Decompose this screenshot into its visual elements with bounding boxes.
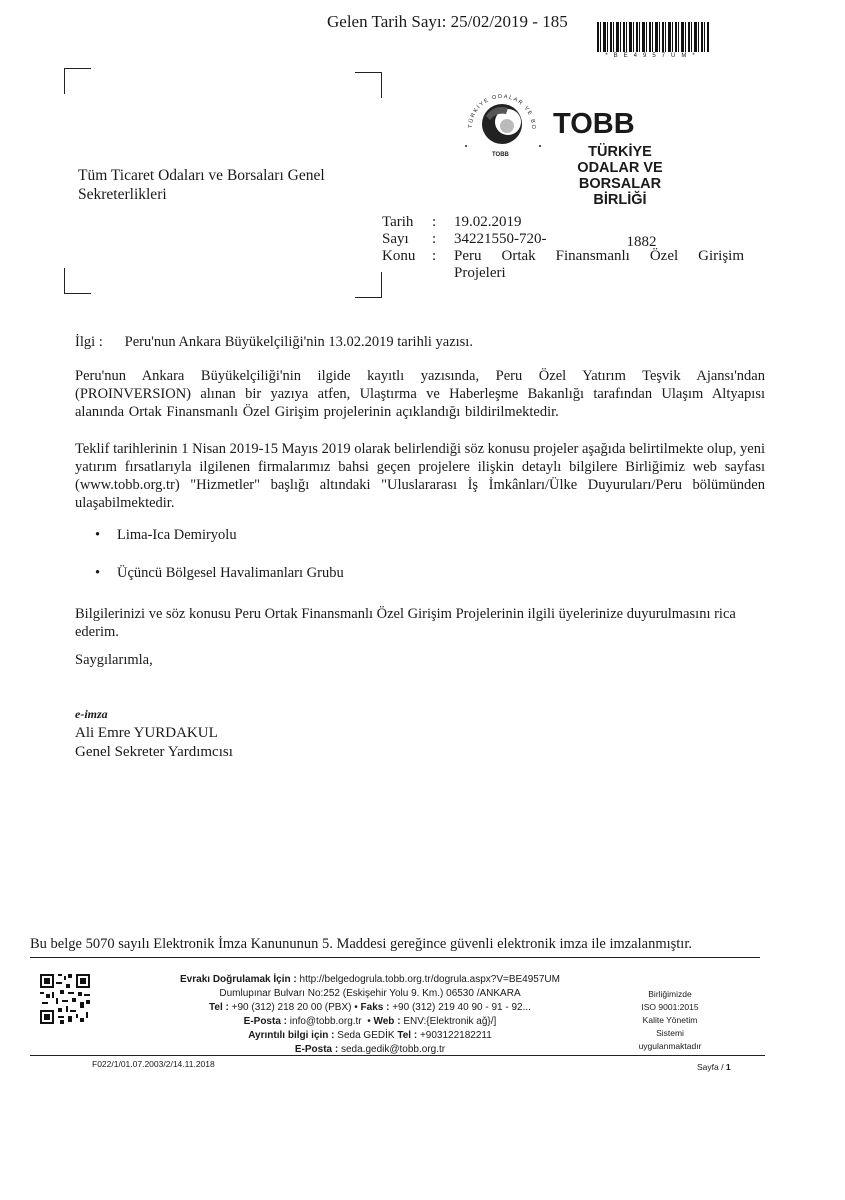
iso-line: ISO 9001:2015 [600,1001,740,1014]
meta-row-date: Tarih : 19.02.2019 [382,214,744,231]
project-name: Lima-Ica Demiryolu [117,527,237,543]
tobb-sub-line-3: BİRLİĞİ [500,192,700,208]
separator: : [432,231,454,248]
separator: : [432,214,454,231]
bullet-icon: • [95,565,117,582]
iso-line: uygulanmaktadır [600,1040,740,1053]
page-number-value: 1 [726,1062,731,1072]
divider [30,957,760,958]
barcode-bars [597,22,709,52]
meta-row-subject: Konu : Peru Ortak Finansmanlı Özel Giriş… [382,248,744,282]
contact-email[interactable]: seda.gedik@tobb.org.tr [341,1044,445,1055]
received-date-stamp: Gelen Tarih Sayı: 25/02/2019 - 185 [327,12,568,32]
email-web-line: E-Posta : info@tobb.org.tr • Web : ENV:{… [150,1015,590,1029]
address-window-corner-bottom-right [355,272,382,298]
date-value: 19.02.2019 [454,214,744,231]
recipient-line-1: Tüm Ticaret Odaları ve Borsaları Genel [78,166,378,185]
phone-line: Tel : +90 (312) 218 20 00 (PBX) • Faks :… [150,1001,590,1015]
contact-tel: +903122182211 [420,1030,492,1041]
address-window-corner-bottom-left [64,268,91,294]
number-suffix: 1882 [627,234,657,250]
list-item: •Üçüncü Bölgesel Havalimanları Grubu [95,565,344,583]
page-label: Sayfa / [697,1062,723,1072]
subject-value: Peru Ortak Finansmanlı Özel Girişim Proj… [454,248,744,282]
email-value[interactable]: info@tobb.org.tr [290,1016,362,1027]
meta-row-number: Sayı : 34221550-720-1882 [382,231,744,248]
project-name: Üçüncü Bölgesel Havalimanları Grubu [117,565,344,581]
web-value: ENV:{Elektronik ağ}/] [403,1016,496,1027]
signer-name: Ali Emre YURDAKUL [75,724,233,743]
iso-notice: Birliğimizde ISO 9001:2015 Kalite Yöneti… [600,988,740,1053]
verify-url[interactable]: http://belgedogrula.tobb.org.tr/dogrula.… [300,974,560,985]
body-paragraph-3: Bilgilerinizi ve söz konusu Peru Ortak F… [75,605,765,641]
page-number: Sayfa / 1 [697,1062,731,1072]
barcode-code: *BE4957UM* [597,53,709,59]
separator: : [432,248,454,282]
document-meta: Tarih : 19.02.2019 Sayı : 34221550-720-1… [382,214,744,282]
address-window-corner-top-right [355,72,382,98]
number-label: Sayı [382,231,432,248]
qr-code-icon [40,974,90,1024]
subject-label: Konu [382,248,432,282]
recipient-address: Tüm Ticaret Odaları ve Borsaları Genel S… [78,166,378,204]
document-barcode: *BE4957UM* [597,22,709,64]
address-window-corner-top-left [64,68,91,94]
tel-label: Tel : [209,1002,229,1013]
e-signature-mark: e-imza [75,707,108,722]
email-label: E-Posta : [244,1016,287,1027]
divider [30,1055,765,1056]
fax-label: Faks : [361,1002,390,1013]
contact-name: Seda GEDİK [337,1030,394,1041]
legal-notice: Bu belge 5070 sayılı Elektronik İmza Kan… [30,936,692,953]
tobb-sub-line-2: ODALAR VE BORSALAR [500,160,700,192]
contact-tel-label: Tel : [397,1030,417,1041]
bullet-icon: • [95,527,117,544]
body-paragraph-2: Teklif tarihlerinin 1 Nisan 2019-15 Mayı… [75,440,765,512]
tobb-logo-title: TOBB [553,108,635,141]
list-item: •Lima-Ica Demiryolu [95,527,344,545]
signer-block: Ali Emre YURDAKUL Genel Sekreter Yardımc… [75,724,233,762]
closing-salutation: Saygılarımla, [75,652,153,669]
verify-line: Evrakı Doğrulamak İçin : http://belgedog… [150,973,590,987]
tel-value: +90 (312) 218 20 00 (PBX) [232,1002,352,1013]
reference-text: Peru'nun Ankara Büyükelçiliği'nin 13.02.… [125,334,473,350]
recipient-line-2: Sekreterlikleri [78,185,378,204]
footer-contact-block: Evrakı Doğrulamak İçin : http://belgedog… [150,973,590,1057]
reference-label: İlgi : [75,334,121,351]
footer-address: Dumlupınar Bulvarı No:252 (Eskişehir Yol… [150,987,590,1001]
project-list: •Lima-Ica Demiryolu •Üçüncü Bölgesel Hav… [95,527,344,603]
contact-email-label: E-Posta : [295,1044,338,1055]
contact-line: Ayrıntılı bilgi için : Seda GEDİK Tel : … [150,1029,590,1043]
iso-line: Birliğimizde [600,988,740,1001]
fax-value: +90 (312) 219 40 90 - 91 - 92... [392,1002,531,1013]
iso-line: Sistemi [600,1027,740,1040]
date-label: Tarih [382,214,432,231]
tobb-logo-subtitle: TÜRKİYE ODALAR VE BORSALAR BİRLİĞİ [500,144,700,208]
signer-title: Genel Sekreter Yardımcısı [75,743,233,762]
web-label: Web : [373,1016,400,1027]
tobb-sub-line-1: TÜRKİYE [500,144,700,160]
contact-label: Ayrıntılı bilgi için : [248,1030,334,1041]
body-paragraph-1: Peru'nun Ankara Büyükelçiliği'nin ilgide… [75,367,765,421]
number-value: 34221550-720- [454,231,547,247]
reference-line: İlgi : Peru'nun Ankara Büyükelçiliği'nin… [75,334,473,351]
verify-label: Evrakı Doğrulamak İçin : [180,974,297,985]
iso-line: Kalite Yönetim [600,1014,740,1027]
form-code: F022/1/01.07.2003/2/14.11.2018 [92,1059,215,1069]
